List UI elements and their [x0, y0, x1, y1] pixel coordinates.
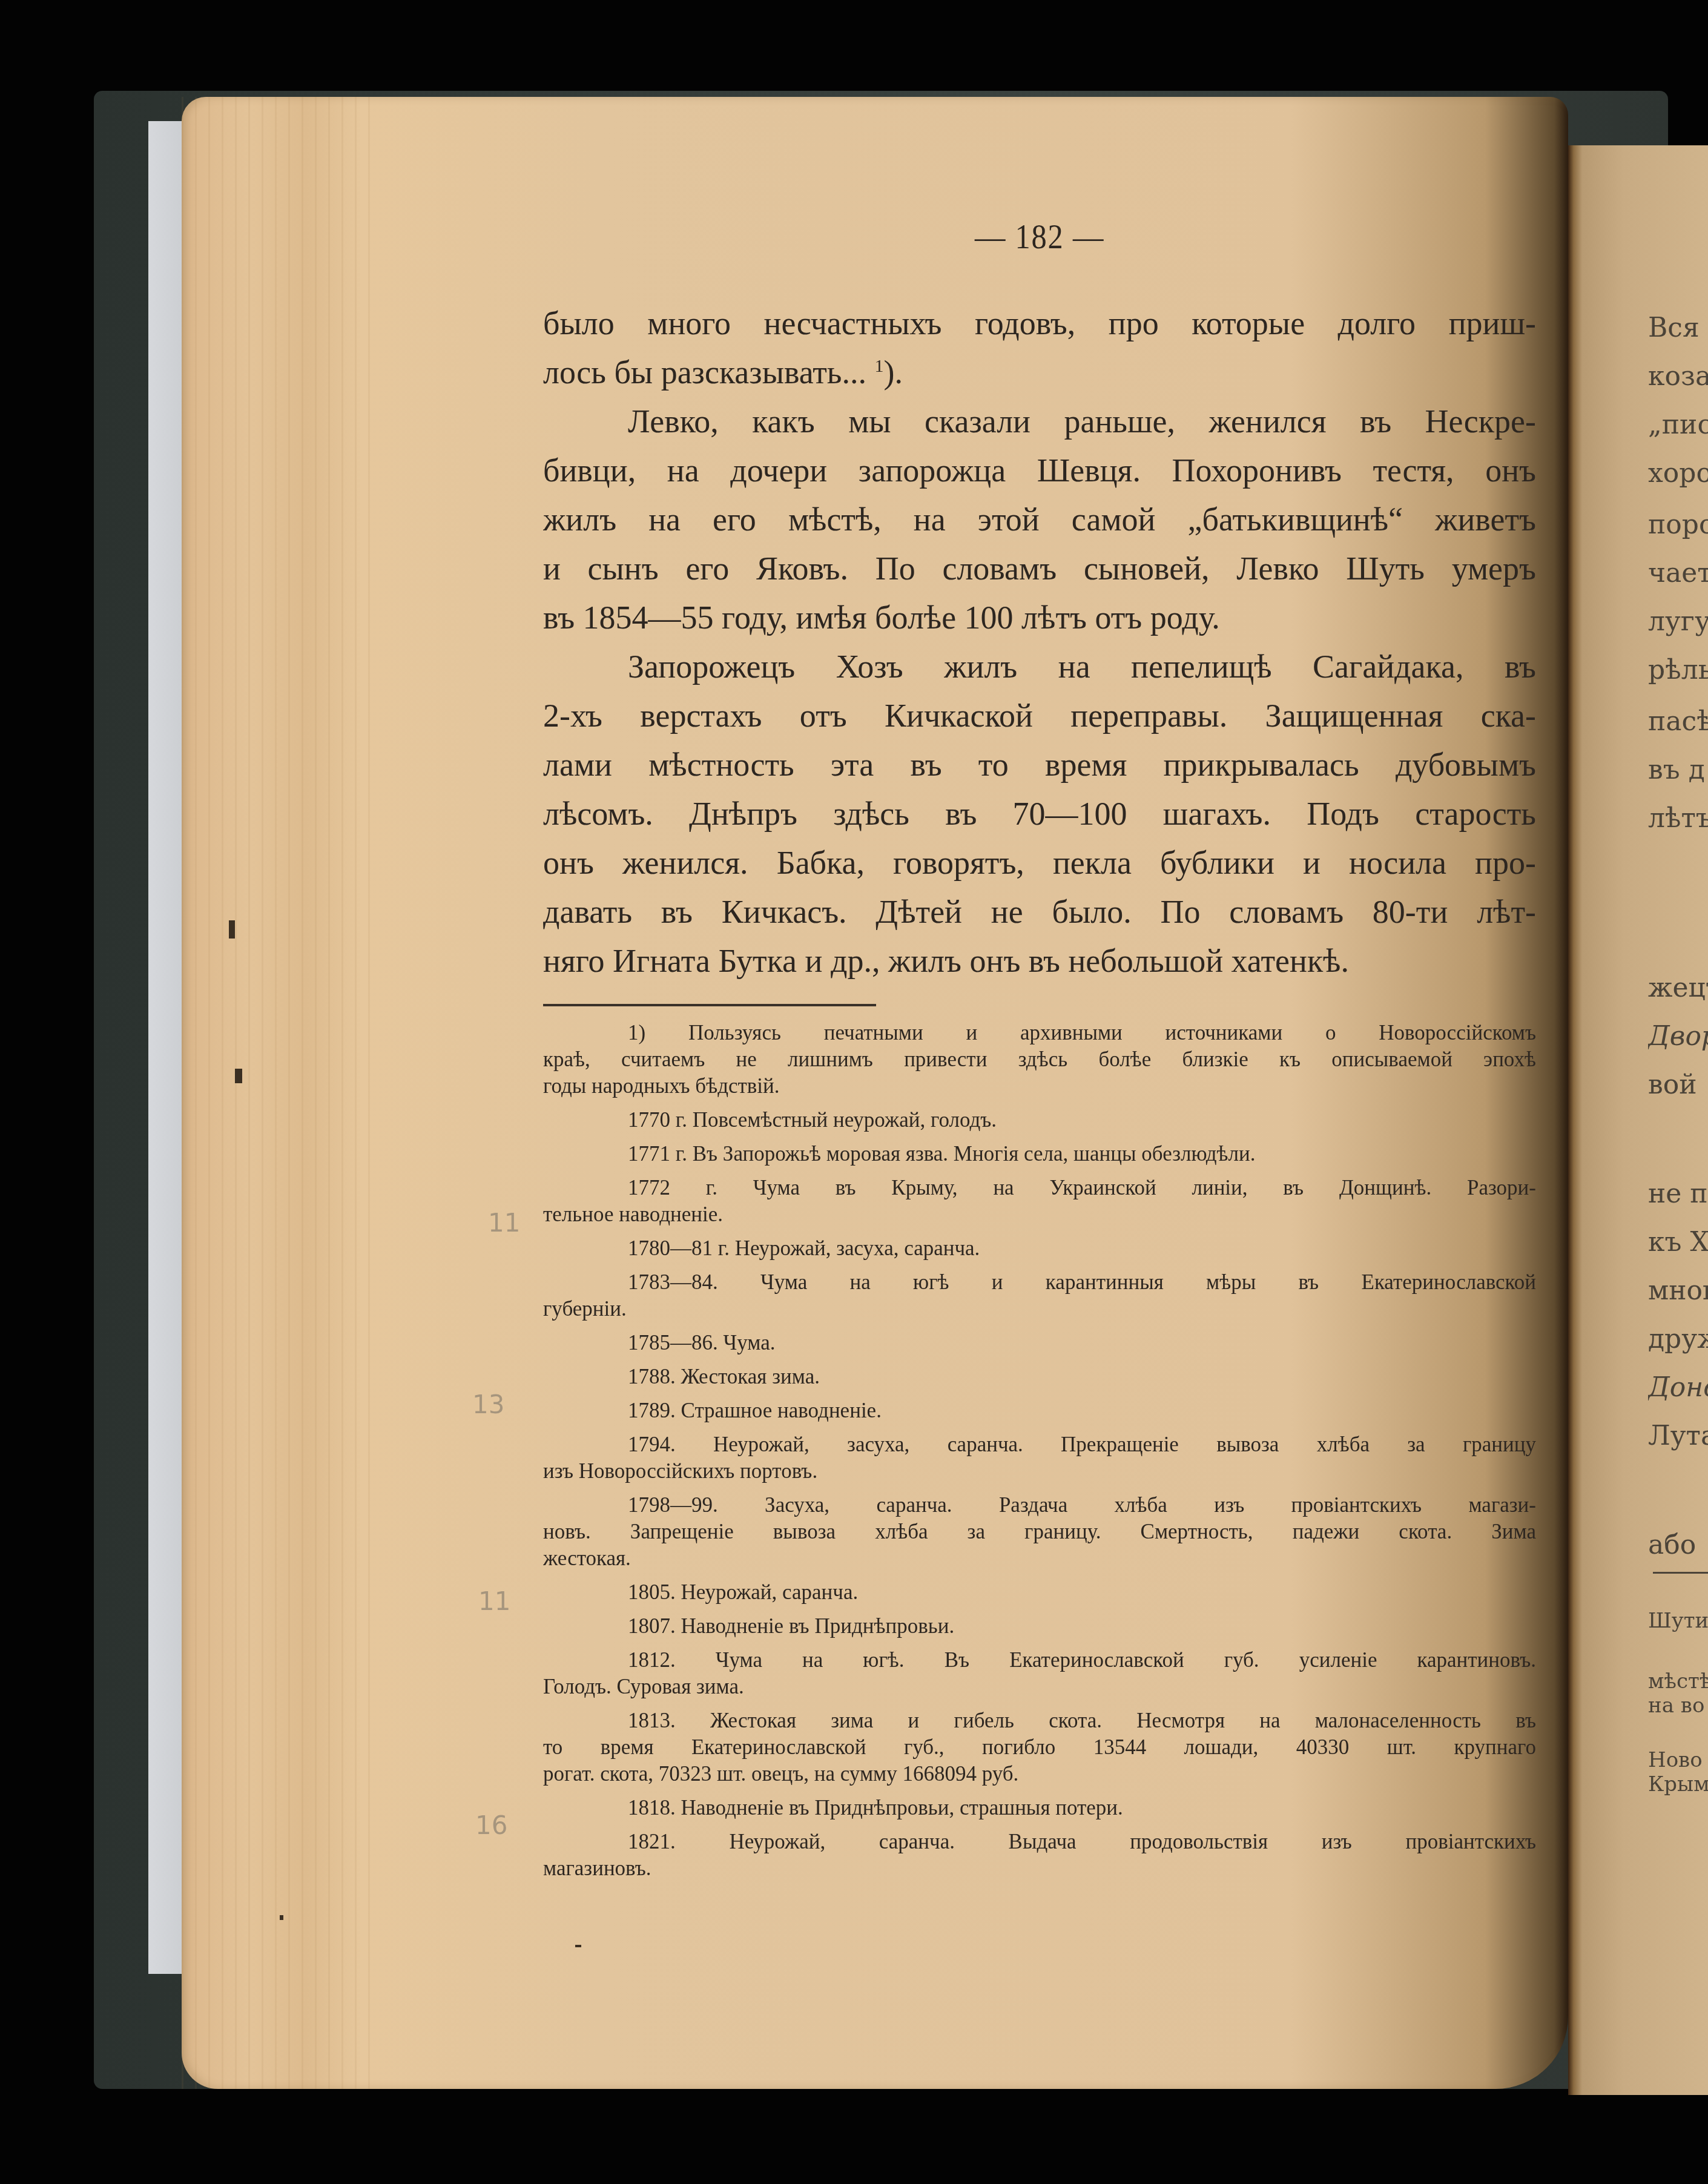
facing-page-fragment: Ново: [1648, 1750, 1703, 1770]
body-line: лось бы разсказывать... 1).: [543, 348, 1536, 397]
footnote-entry-line: 1780—81 г. Неурожай, засуха, саранча.: [543, 1235, 1536, 1262]
footnote-intro-line: годы народныхъ бѣдствій.: [543, 1073, 1536, 1100]
facing-page-fragment: Донс: [1648, 1374, 1708, 1401]
body-line: лѣсомъ. Днѣпръ здѣсь въ 70—100 шагахъ. П…: [543, 790, 1536, 839]
facing-page-fragment: чаетт: [1648, 560, 1708, 587]
page-edges: [182, 97, 375, 2089]
facing-page-fragment: „пист: [1648, 412, 1708, 438]
body-line: Левко, какъ мы сказали раньше, женился в…: [543, 397, 1536, 446]
body-line: жилъ на его мѣстѣ, на этой самой „батьки…: [543, 495, 1536, 544]
facing-page-fragment: въ д: [1648, 757, 1705, 784]
pencil-mark: 11: [478, 1586, 510, 1616]
facing-page-fragment: або: [1648, 1532, 1696, 1559]
facing-page-fragment: Крым: [1648, 1774, 1708, 1795]
facing-page-fragment: рѣлы: [1648, 657, 1708, 684]
facing-page-fragment: Двор: [1648, 1023, 1708, 1050]
body-text: было много несчастныхъ годовъ, про котор…: [543, 299, 1536, 986]
facing-page-fragment: друж: [1648, 1326, 1708, 1353]
footnote-entry-line: 1794. Неурожай, засуха, саранча. Прекращ…: [543, 1431, 1536, 1458]
footnote-entry-line: 1785—86. Чума.: [543, 1330, 1536, 1356]
facing-page-fragment: козав: [1648, 363, 1708, 390]
facing-page-fragment: на во: [1648, 1695, 1704, 1716]
footnote-entry-line: магазиновъ.: [543, 1855, 1536, 1882]
facing-page-fragment: мног: [1648, 1278, 1708, 1304]
footnote-entry-line: тельное наводненіе.: [543, 1201, 1536, 1228]
footnote-entry-line: Голодъ. Суровая зима.: [543, 1674, 1536, 1700]
facing-page-fragment: мѣстѣ: [1648, 1671, 1708, 1692]
footnote-entry-line: рогат. скота, 70323 шт. овецъ, на сумму …: [543, 1761, 1536, 1787]
footnote-entry-line: 1771 г. Въ Запорожьѣ моровая язва. Многі…: [543, 1141, 1536, 1167]
footnote-entry-line: губерніи.: [543, 1296, 1536, 1322]
facing-page-fragment: Вся: [1648, 315, 1700, 341]
footnote-entry-line: 1772 г. Чума въ Крыму, на Украинской лин…: [543, 1175, 1536, 1201]
facing-page-fragment: лѣтъ: [1648, 805, 1708, 832]
footnote-entry-line: 1812. Чума на югѣ. Въ Екатеринославской …: [543, 1647, 1536, 1674]
footnote-entry-line: то время Екатеринославской губ., погибло…: [543, 1734, 1536, 1761]
footnote-entry-line: 1807. Наводненіе въ Приднѣпровьи.: [543, 1613, 1536, 1640]
pencil-mark: 13: [472, 1390, 504, 1419]
facing-page-fragment: Лута: [1648, 1423, 1708, 1450]
footnote-entry-line: 1770 г. Повсемѣстный неурожай, голодъ.: [543, 1107, 1536, 1133]
footnote-intro-line: краѣ, считаемъ не лишнимъ привести здѣсь…: [543, 1046, 1536, 1073]
footnote-entry-line: 1788. Жестокая зима.: [543, 1364, 1536, 1390]
footnote-entry-line: 1805. Неурожай, саранча.: [543, 1579, 1536, 1606]
footnote-entry-line: новъ. Запрещеніе вывоза хлѣба за границу…: [543, 1519, 1536, 1545]
body-line: и сынъ его Яковъ. По словамъ сыновей, Ле…: [543, 544, 1536, 593]
facing-page-fragment: вой: [1648, 1072, 1697, 1098]
page-number: — 182 —: [593, 218, 1486, 257]
body-line: лами мѣстность эта въ то время прикрывал…: [543, 741, 1536, 790]
body-line: онъ женился. Бабка, говорятъ, пекла бубл…: [543, 839, 1536, 888]
body-line: 2-хъ верстахъ отъ Кичкаской переправы. З…: [543, 691, 1536, 741]
paper-stain: [235, 1069, 242, 1083]
body-line: было много несчастныхъ годовъ, про котор…: [543, 299, 1536, 348]
footnote-entry-line: 1789. Страшное наводненіе.: [543, 1397, 1536, 1424]
body-line: Запорожецъ Хозъ жилъ на пепелищѣ Сагайда…: [543, 642, 1536, 691]
footnote-intro-line: 1) Пользуясь печатными и архивными источ…: [543, 1020, 1536, 1046]
facing-page-fragment: пасѣ: [1648, 708, 1708, 735]
facing-page-fragment: лугу-: [1648, 609, 1708, 635]
paper-stain: [575, 1945, 581, 1947]
page-text: — 182 — было много несчастныхъ годовъ, п…: [543, 218, 1536, 1882]
footnote-entry-line: 1821. Неурожай, саранча. Выдача продовол…: [543, 1829, 1536, 1855]
facing-page-fragment: Шути: [1648, 1611, 1708, 1631]
body-line: няго Игната Бутка и др., жилъ онъ въ неб…: [543, 937, 1536, 986]
footnote-rule: [543, 1004, 876, 1006]
footnote-entry-line: 1798—99. Засуха, саранча. Раздача хлѣба …: [543, 1492, 1536, 1519]
pencil-mark: 11: [488, 1208, 520, 1238]
footnote-entry-line: 1818. Наводненіе въ Приднѣпровьи, страшн…: [543, 1795, 1536, 1821]
body-line: бивци, на дочери запорожца Шевця. Похоро…: [543, 446, 1536, 495]
body-line: въ 1854—55 году, имѣя болѣе 100 лѣтъ отъ…: [543, 593, 1536, 642]
paper-stain: [280, 1915, 283, 1920]
footnote-entry-line: жестокая.: [543, 1545, 1536, 1572]
footnote-entry-line: изъ Новороссійскихъ портовъ.: [543, 1458, 1536, 1485]
footnote-entry-line: 1783—84. Чума на югѣ и карантинныя мѣры …: [543, 1269, 1536, 1296]
facing-page-fragment: пороз: [1648, 512, 1708, 538]
facing-page-fragment: не п: [1648, 1181, 1708, 1207]
footnote-entry-line: 1813. Жестокая зима и гибель скота. Несм…: [543, 1707, 1536, 1734]
facing-page-fragment: къ Х: [1648, 1229, 1708, 1256]
facing-page-fragment: хорон: [1648, 460, 1708, 487]
footnote-ref[interactable]: 1: [875, 356, 884, 376]
paper-stain: [229, 920, 235, 939]
footnotes: 1) Пользуясь печатными и архивными источ…: [543, 1020, 1536, 1882]
body-line: давать въ Кичкасъ. Дѣтей не было. По сло…: [543, 888, 1536, 937]
facing-page-text: Всякозав„пистхоронпорозчаеттлугу-рѣлыпас…: [1648, 0, 1708, 2184]
pencil-mark: 16: [475, 1810, 507, 1840]
facing-page-fragment: жецт: [1648, 975, 1708, 1001]
